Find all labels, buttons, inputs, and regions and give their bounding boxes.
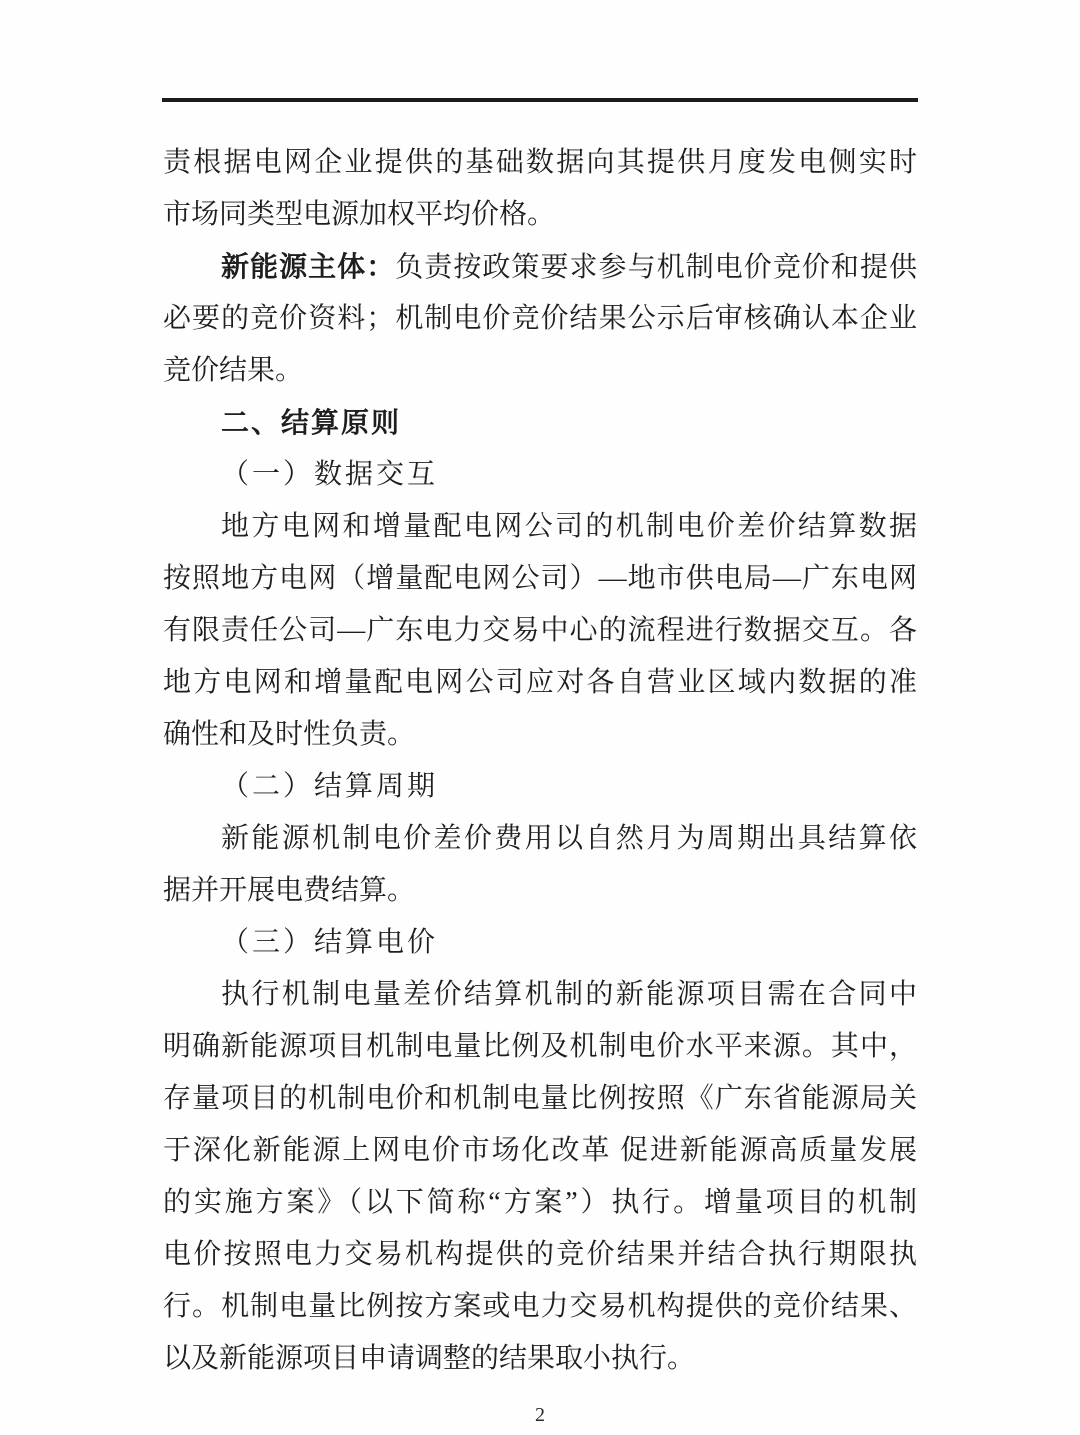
- body-line: 确性和及时性负责。: [163, 709, 917, 761]
- body-line: 有限责任公司—广东电力交易中心的流程进行数据交互。各: [163, 605, 917, 657]
- body-line: 按照地方电网（增量配电网公司）—地市供电局—广东电网: [163, 553, 917, 605]
- subsection-heading: （二）结算周期: [163, 761, 917, 813]
- body-line: 新能源主体：负责按政策要求参与机制电价竞价和提供: [163, 241, 917, 293]
- body-line: 责根据电网企业提供的基础数据向其提供月度发电侧实时: [163, 137, 917, 189]
- body-line: 的实施方案》（以下简称“方案”）执行。增量项目的机制: [163, 1177, 917, 1229]
- body-line: 于深化新能源上网电价市场化改革 促进新能源高质量发展: [163, 1125, 917, 1177]
- body-line: 以及新能源项目申请调整的结果取小执行。: [163, 1333, 917, 1385]
- body-line-text: 负责按政策要求参与机制电价竞价和提供: [395, 252, 917, 283]
- bold-lead-label: 新能源主体：: [221, 251, 395, 282]
- subsection-heading: （三）结算电价: [163, 917, 917, 969]
- body-line: 地方电网和增量配电网公司应对各自营业区域内数据的准: [163, 657, 917, 709]
- body-line: 竞价结果。: [163, 345, 917, 397]
- subsection-heading: （一）数据交互: [163, 449, 917, 501]
- document-body: 责根据电网企业提供的基础数据向其提供月度发电侧实时 市场同类型电源加权平均价格。…: [163, 137, 917, 1385]
- body-line: 电价按照电力交易机构提供的竞价结果并结合执行期限执: [163, 1229, 917, 1281]
- section-heading: 二、结算原则: [163, 397, 917, 449]
- page-number: 2: [0, 1402, 1080, 1428]
- body-line: 地方电网和增量配电网公司的机制电价差价结算数据: [163, 501, 917, 553]
- body-line: 行。机制电量比例按方案或电力交易机构提供的竞价结果、: [163, 1281, 917, 1333]
- body-line: 市场同类型电源加权平均价格。: [163, 189, 917, 241]
- body-line: 必要的竞价资料；机制电价竞价结果公示后审核确认本企业: [163, 293, 917, 345]
- body-line: 执行机制电量差价结算机制的新能源项目需在合同中: [163, 969, 917, 1021]
- body-line: 新能源机制电价差价费用以自然月为周期出具结算依: [163, 813, 917, 865]
- header-divider-rule: [162, 98, 918, 102]
- document-page: 责根据电网企业提供的基础数据向其提供月度发电侧实时 市场同类型电源加权平均价格。…: [0, 0, 1080, 1435]
- body-line: 明确新能源项目机制电量比例及机制电价水平来源。其中，: [163, 1021, 917, 1073]
- body-line: 存量项目的机制电价和机制电量比例按照《广东省能源局关: [163, 1073, 917, 1125]
- body-line: 据并开展电费结算。: [163, 865, 917, 917]
